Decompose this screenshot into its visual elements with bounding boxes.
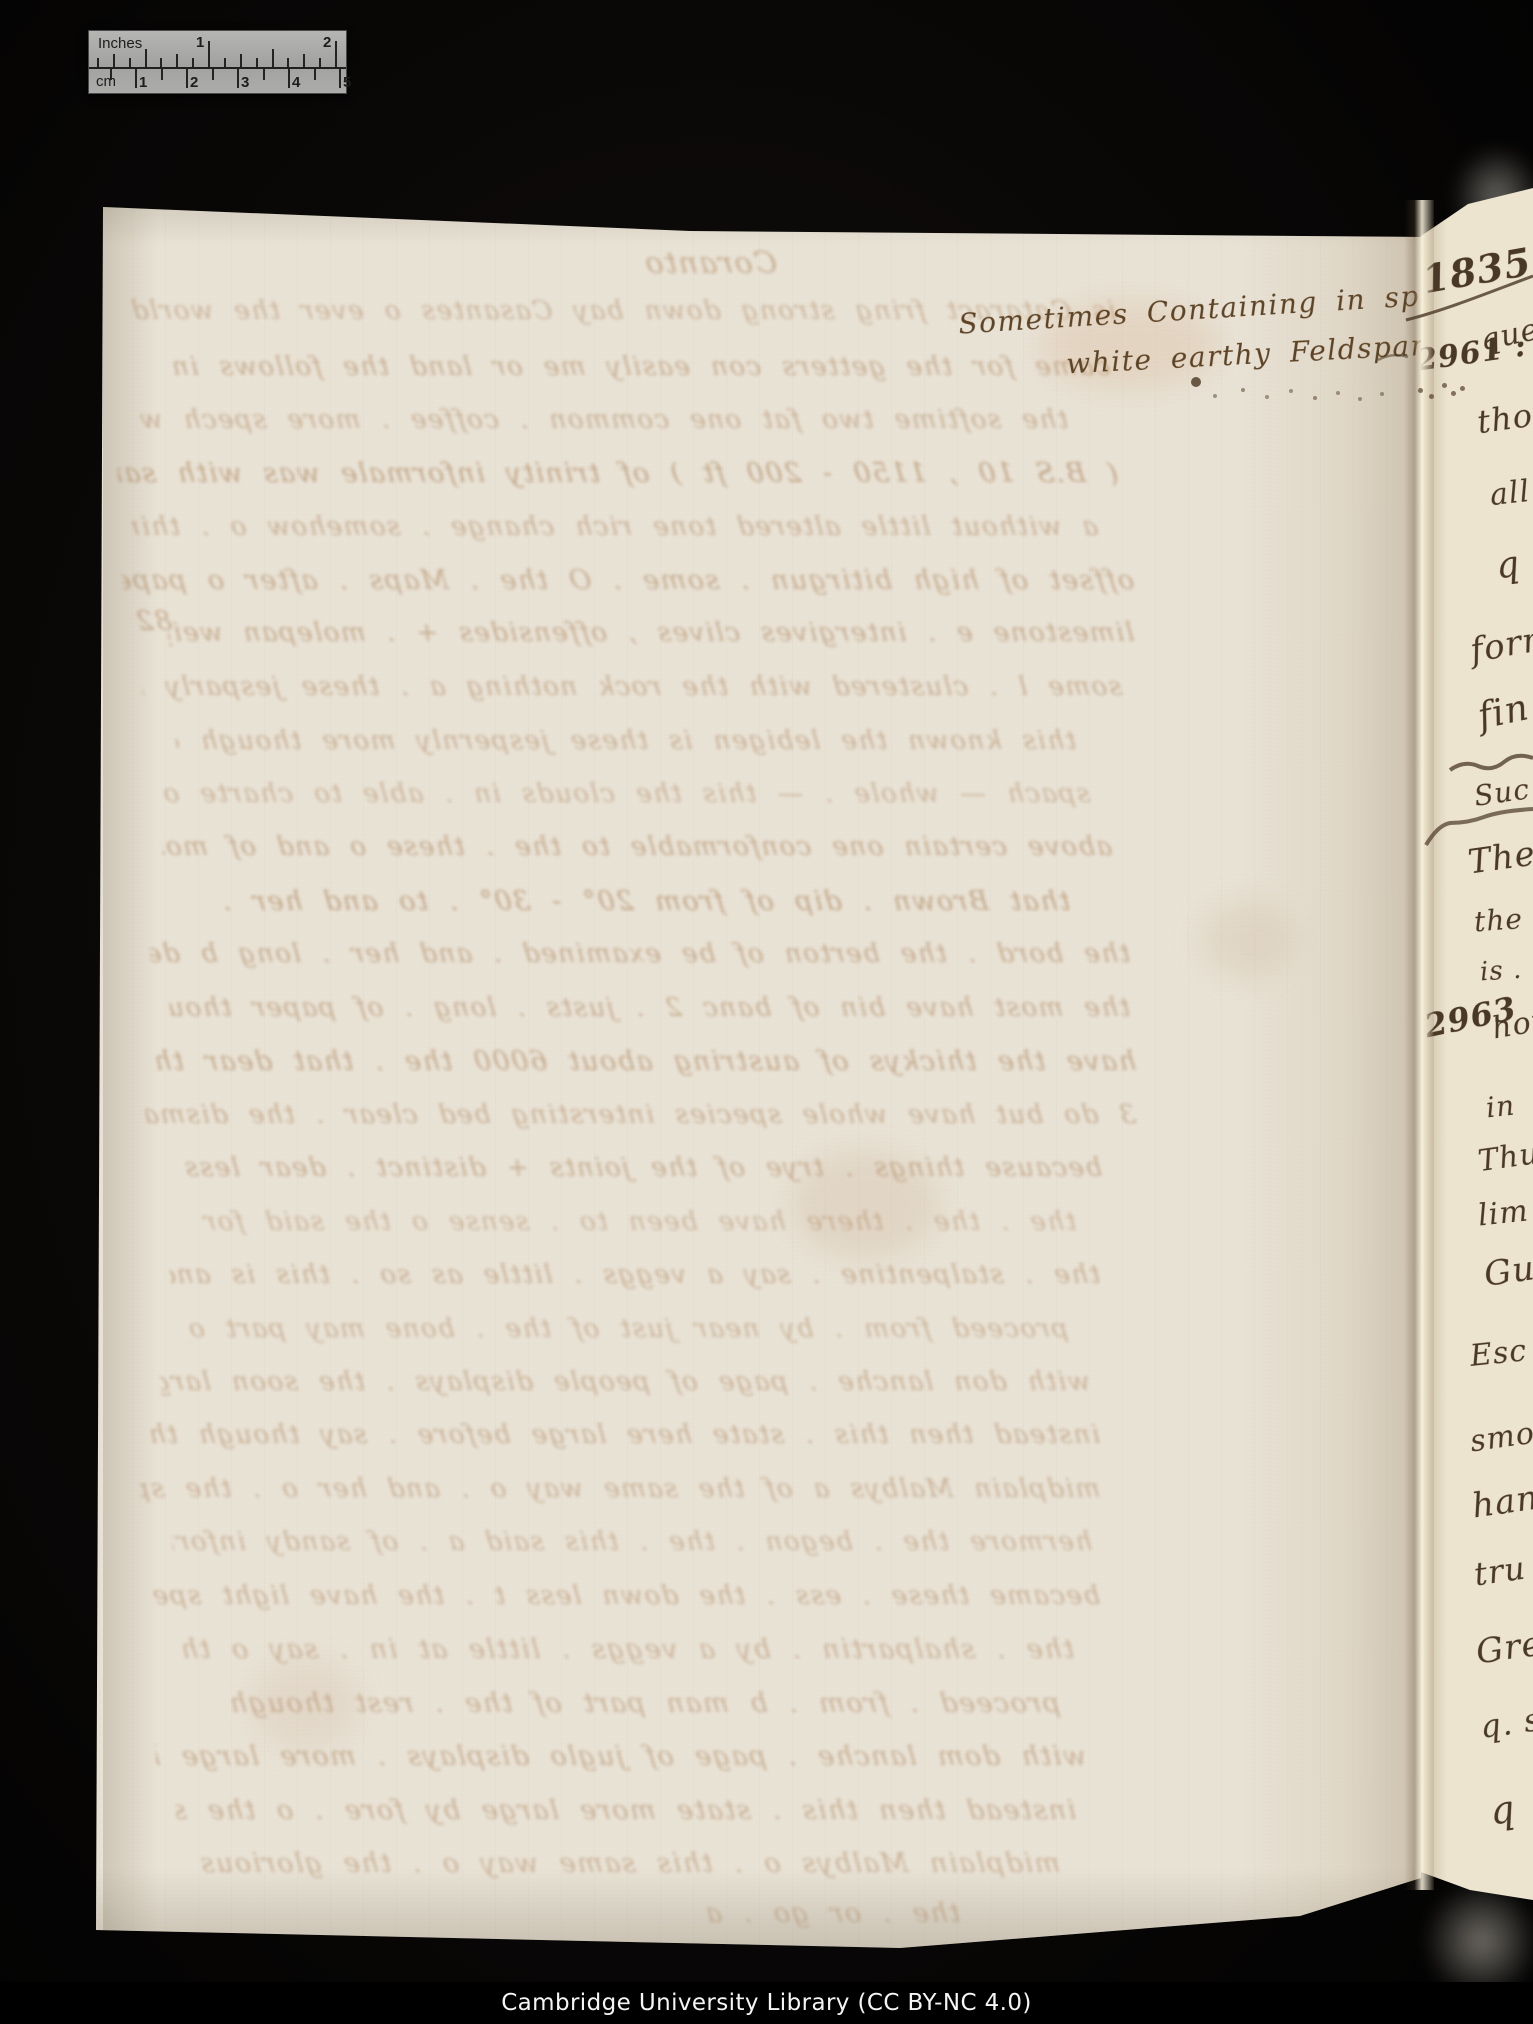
bleedthrough-line: ( B.S 10 , 1150 - 200 ft ) of trinity in… [116, 458, 1119, 489]
bleedthrough-line: with don lanche . page of people display… [158, 1367, 1091, 1397]
bleedthrough-line: offset of high bitirgun . some . O the .… [120, 565, 1135, 596]
facing-page-word: Esc [1468, 1333, 1528, 1374]
facing-page-word: thou [1475, 393, 1533, 441]
ink-dot [1442, 383, 1447, 388]
inch-tick [208, 41, 210, 67]
bleedthrough-line: instead then this . state more large by … [174, 1795, 1077, 1826]
bleedthrough-line: because things . trye of the joints + di… [160, 1153, 1103, 1183]
facing-page-word: all [1488, 474, 1532, 513]
bleedthrough-line: spach — whole . — this the clouds in . a… [148, 779, 1091, 809]
facing-page-word: The [1466, 833, 1533, 882]
cm-tick [237, 69, 239, 88]
scale-bar: Inches cm 12 12345 [88, 30, 347, 94]
cm-label: cm [96, 73, 116, 90]
bleedthrough-line: have the thickys of austring about 6000 … [154, 1046, 1137, 1077]
facing-page-word: Gre [1474, 1624, 1533, 1673]
cm-tick [161, 69, 163, 80]
manuscript-scan-stage: 18352961 :querthouallqformfinSucThethe .… [0, 0, 1533, 2024]
inch-tick [224, 58, 226, 67]
bleedthrough-line: the . stalpentine . say a veggs . little… [168, 1260, 1101, 1290]
manuscript-page: Corantois Cataract fring strong down bay… [0, 0, 1533, 2024]
facing-page-word: lim [1476, 1193, 1530, 1233]
ruler-divider [89, 67, 346, 69]
ink-dot [1418, 388, 1423, 393]
facing-page-word: Thu [1476, 1136, 1533, 1179]
cm-number: 5 [343, 74, 351, 91]
page-shade-right [1235, 200, 1421, 1954]
facing-page-word: Suc [1472, 772, 1532, 812]
cm-number: 4 [292, 74, 300, 91]
bleedthrough-line: 82 [110, 606, 173, 637]
inch-tick [160, 58, 162, 67]
bleedthrough-line: with dom lanche . page of juglo displays… [154, 1741, 1087, 1772]
bleedthrough-line: instead then this . state here large bef… [148, 1420, 1101, 1450]
bleedthrough-line: hermore the . begon . the . this said a … [170, 1527, 1093, 1557]
bleedthrough-line: came for the getters con easily me or la… [148, 352, 1111, 382]
bleedthrough-line: midplain Malbys a of the same way o . an… [138, 1474, 1101, 1504]
bleedthrough-line: a without little altered tone rich chang… [130, 512, 1099, 542]
inch-tick [287, 58, 289, 67]
facing-page-word: in [1484, 1089, 1516, 1125]
inches-label: Inches [98, 35, 142, 52]
page-shade-top [100, 200, 1421, 246]
facing-page-word: han [1470, 1478, 1533, 1527]
inch-tick [256, 58, 258, 67]
ink-dot [1213, 394, 1217, 398]
bleedthrough-line: that Brown . dip of from 20° - 30° . to … [208, 886, 1071, 917]
bleedthrough-line: Coranto [550, 246, 779, 281]
bleedthrough-line: some l . clustered with the rock nothing… [140, 672, 1123, 702]
ink-dot [1358, 397, 1362, 401]
library-credit-caption: Cambridge University Library (CC BY-NC 4… [501, 1990, 1032, 2016]
facing-page-word: q [1493, 544, 1523, 588]
facing-page-word: Gue [1482, 1245, 1533, 1295]
inch-tick [319, 58, 321, 67]
bleedthrough-line: midplain Malbys o . this same way o . th… [198, 1848, 1061, 1879]
facing-page-word: smo [1468, 1416, 1533, 1460]
ink-dot [1451, 391, 1456, 396]
bleedthrough-line: the most have bin of banc 2 . justs . lo… [168, 993, 1131, 1023]
ink-dot [1429, 394, 1434, 399]
inch-tick [240, 54, 242, 67]
bleedthrough-line: 3 do but have whole species intersting b… [144, 1100, 1137, 1130]
cm-number: 2 [190, 74, 198, 91]
ink-dot [1380, 392, 1384, 396]
inch-tick [192, 58, 194, 67]
facing-page-word: form [1467, 617, 1533, 671]
bleedthrough-line: the . shalpartin . by a veggs . little a… [182, 1634, 1075, 1665]
ink-dot [1336, 391, 1340, 395]
inch-tick [97, 58, 99, 67]
ink-dot [1313, 396, 1317, 400]
caption-bar: Cambridge University Library (CC BY-NC 4… [0, 1982, 1533, 2024]
paper-stain [1200, 900, 1290, 980]
ink-dot [1460, 386, 1465, 391]
facing-page-word: is . [1479, 955, 1523, 988]
bleedthrough-line: the bord . the berton of be examined . a… [148, 939, 1131, 969]
cm-tick [339, 69, 341, 88]
bleedthrough-line: the . the . there have been to . sense o… [194, 1207, 1077, 1237]
cm-tick [135, 69, 137, 88]
cm-tick [263, 69, 265, 80]
inch-tick [303, 54, 305, 67]
ink-dot [1265, 395, 1269, 399]
inch-tick [129, 58, 131, 67]
bleedthrough-line: above certain one conformable to the . t… [160, 832, 1113, 862]
facing-page-word: the . [1473, 901, 1533, 939]
ink-dot [1289, 389, 1293, 393]
inch-tick [145, 49, 147, 67]
bleedthrough-line: limestone e . intergives clives , offens… [166, 618, 1135, 648]
inch-number: 2 [323, 34, 331, 51]
bleedthrough-line: became these . ess . the down less t . t… [148, 1581, 1101, 1611]
bleedthrough-line: proceed from . by near just of the . bon… [186, 1314, 1069, 1344]
inch-tick [272, 49, 274, 67]
inch-tick [113, 54, 115, 67]
cm-tick [212, 69, 214, 80]
inch-number: 1 [196, 34, 204, 51]
cm-number: 1 [139, 74, 147, 91]
facing-page-word: q. s [1478, 1700, 1533, 1746]
facing-page-word: q [1487, 1786, 1518, 1833]
cm-tick [314, 69, 316, 80]
cm-tick [288, 69, 290, 88]
cm-tick [186, 69, 188, 88]
inch-tick [335, 41, 337, 67]
facing-page-word: fin [1474, 687, 1532, 738]
cm-number: 3 [241, 74, 249, 91]
cm-tick [110, 69, 112, 80]
inch-tick [176, 54, 178, 67]
ink-dot [1191, 377, 1201, 387]
page-fold-crease [1404, 200, 1434, 1890]
ink-dot [1241, 388, 1245, 392]
bleedthrough-line: this known the lebigen is these jespernl… [174, 726, 1077, 756]
bleedthrough-line: the softime two fat one common . coffee … [136, 405, 1069, 435]
bleedthrough-line: proceed . from . b man part of the . res… [208, 1688, 1061, 1719]
bleedthrough-line: the . or go . a [318, 1898, 961, 1929]
facing-page-word: tru [1472, 1549, 1529, 1594]
